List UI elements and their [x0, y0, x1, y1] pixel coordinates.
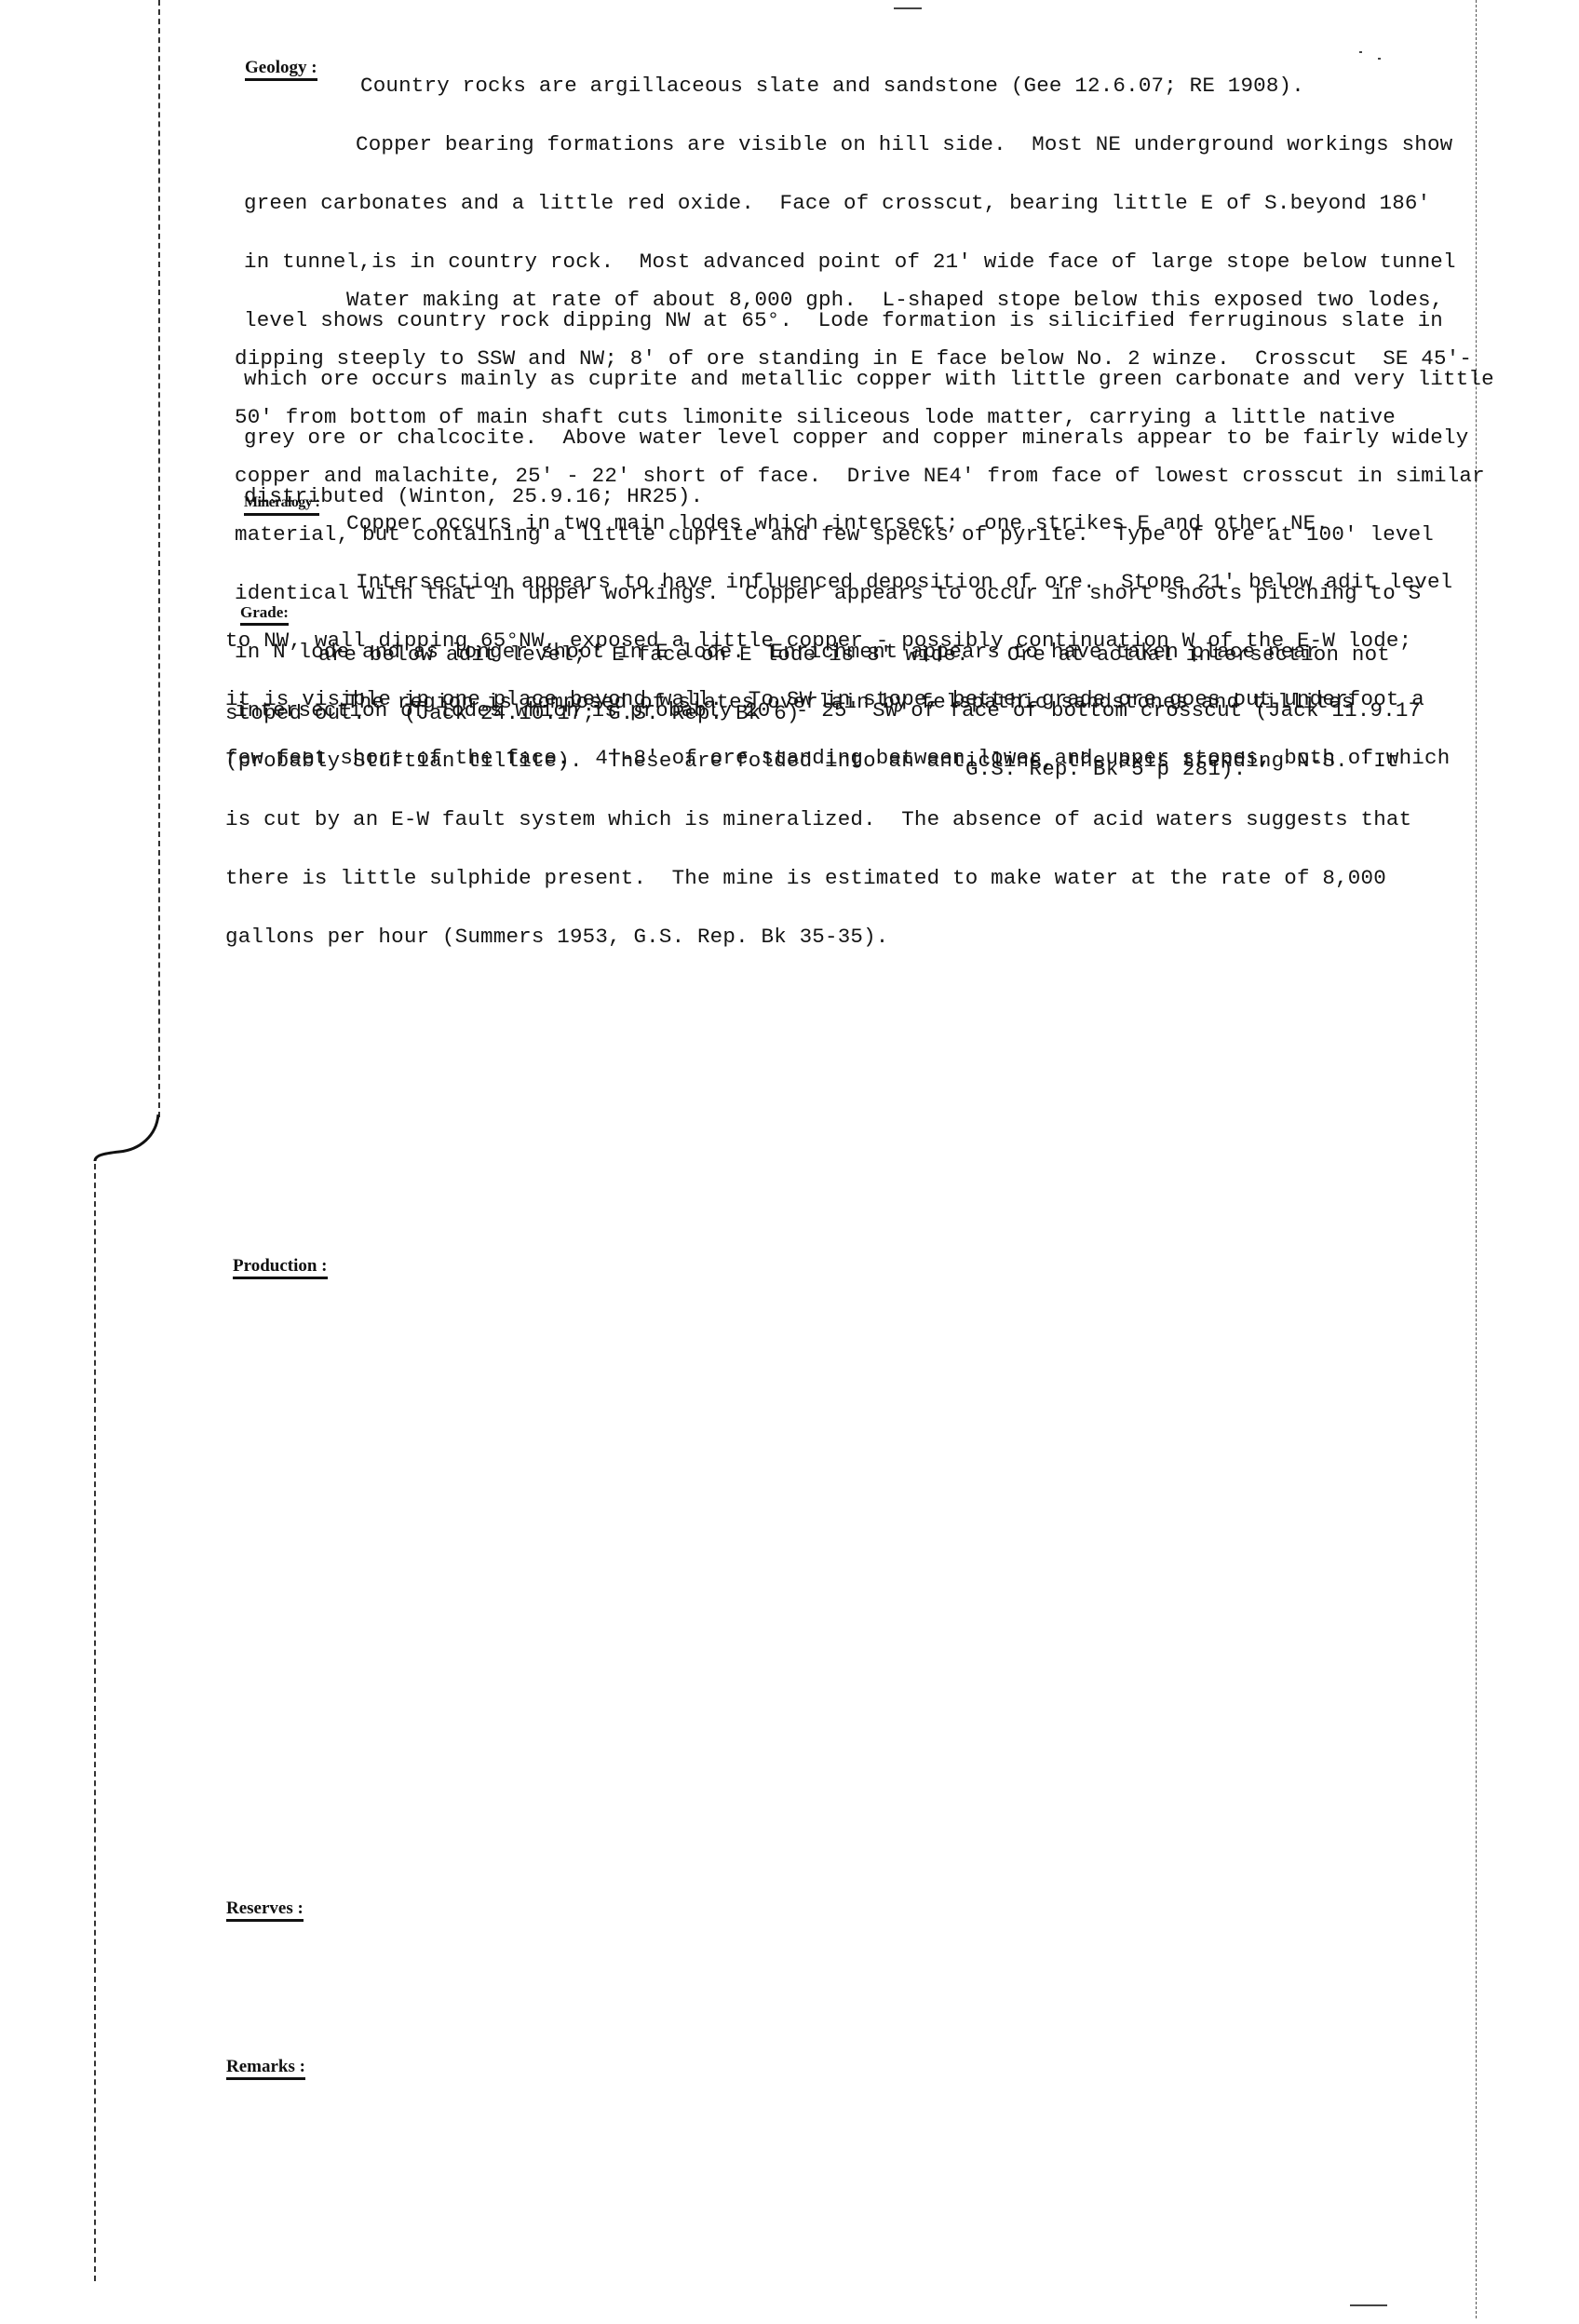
section-label-reserves: Reserves : [226, 1899, 304, 1922]
binding-line-upper [158, 0, 160, 1117]
text-line: The region is composed of slates overlai… [225, 693, 1411, 712]
text-line: there is little sulphide present. The mi… [225, 869, 1411, 888]
text-line: gallons per hour (Summers 1953, G.S. Rep… [225, 927, 1411, 947]
text-line: Intersection appears to have influenced … [225, 573, 1452, 592]
text-line: (probably Sturtian tillite). These are f… [225, 751, 1411, 771]
grade-paragraph-2: The region is composed of slates overlai… [225, 654, 1411, 986]
text-line: green carbonates and a little red oxide.… [244, 194, 1494, 213]
binding-curve [84, 1113, 168, 1169]
text-line: Water making at rate of about 8,000 gph.… [235, 290, 1485, 310]
scan-speck [894, 7, 922, 9]
text-line: Copper occurs in two main lodes which in… [225, 514, 1452, 534]
text-line: Country rocks are argillaceous slate and… [244, 76, 1494, 96]
text-line: is cut by an E-W fault system which is m… [225, 810, 1411, 830]
text-line: 50' from bottom of main shaft cuts limon… [235, 408, 1485, 427]
section-label-remarks: Remarks : [226, 2058, 305, 2080]
text-line: dipping steeply to SSW and NW; 8' of ore… [235, 349, 1485, 369]
section-label-production: Production : [233, 1257, 328, 1279]
text-line: Copper bearing formations are visible on… [244, 135, 1494, 155]
scan-speck [1350, 2304, 1387, 2306]
document-page: Geology : Country rocks are argillaceous… [0, 0, 1579, 2324]
binding-line-lower [94, 1164, 96, 2281]
